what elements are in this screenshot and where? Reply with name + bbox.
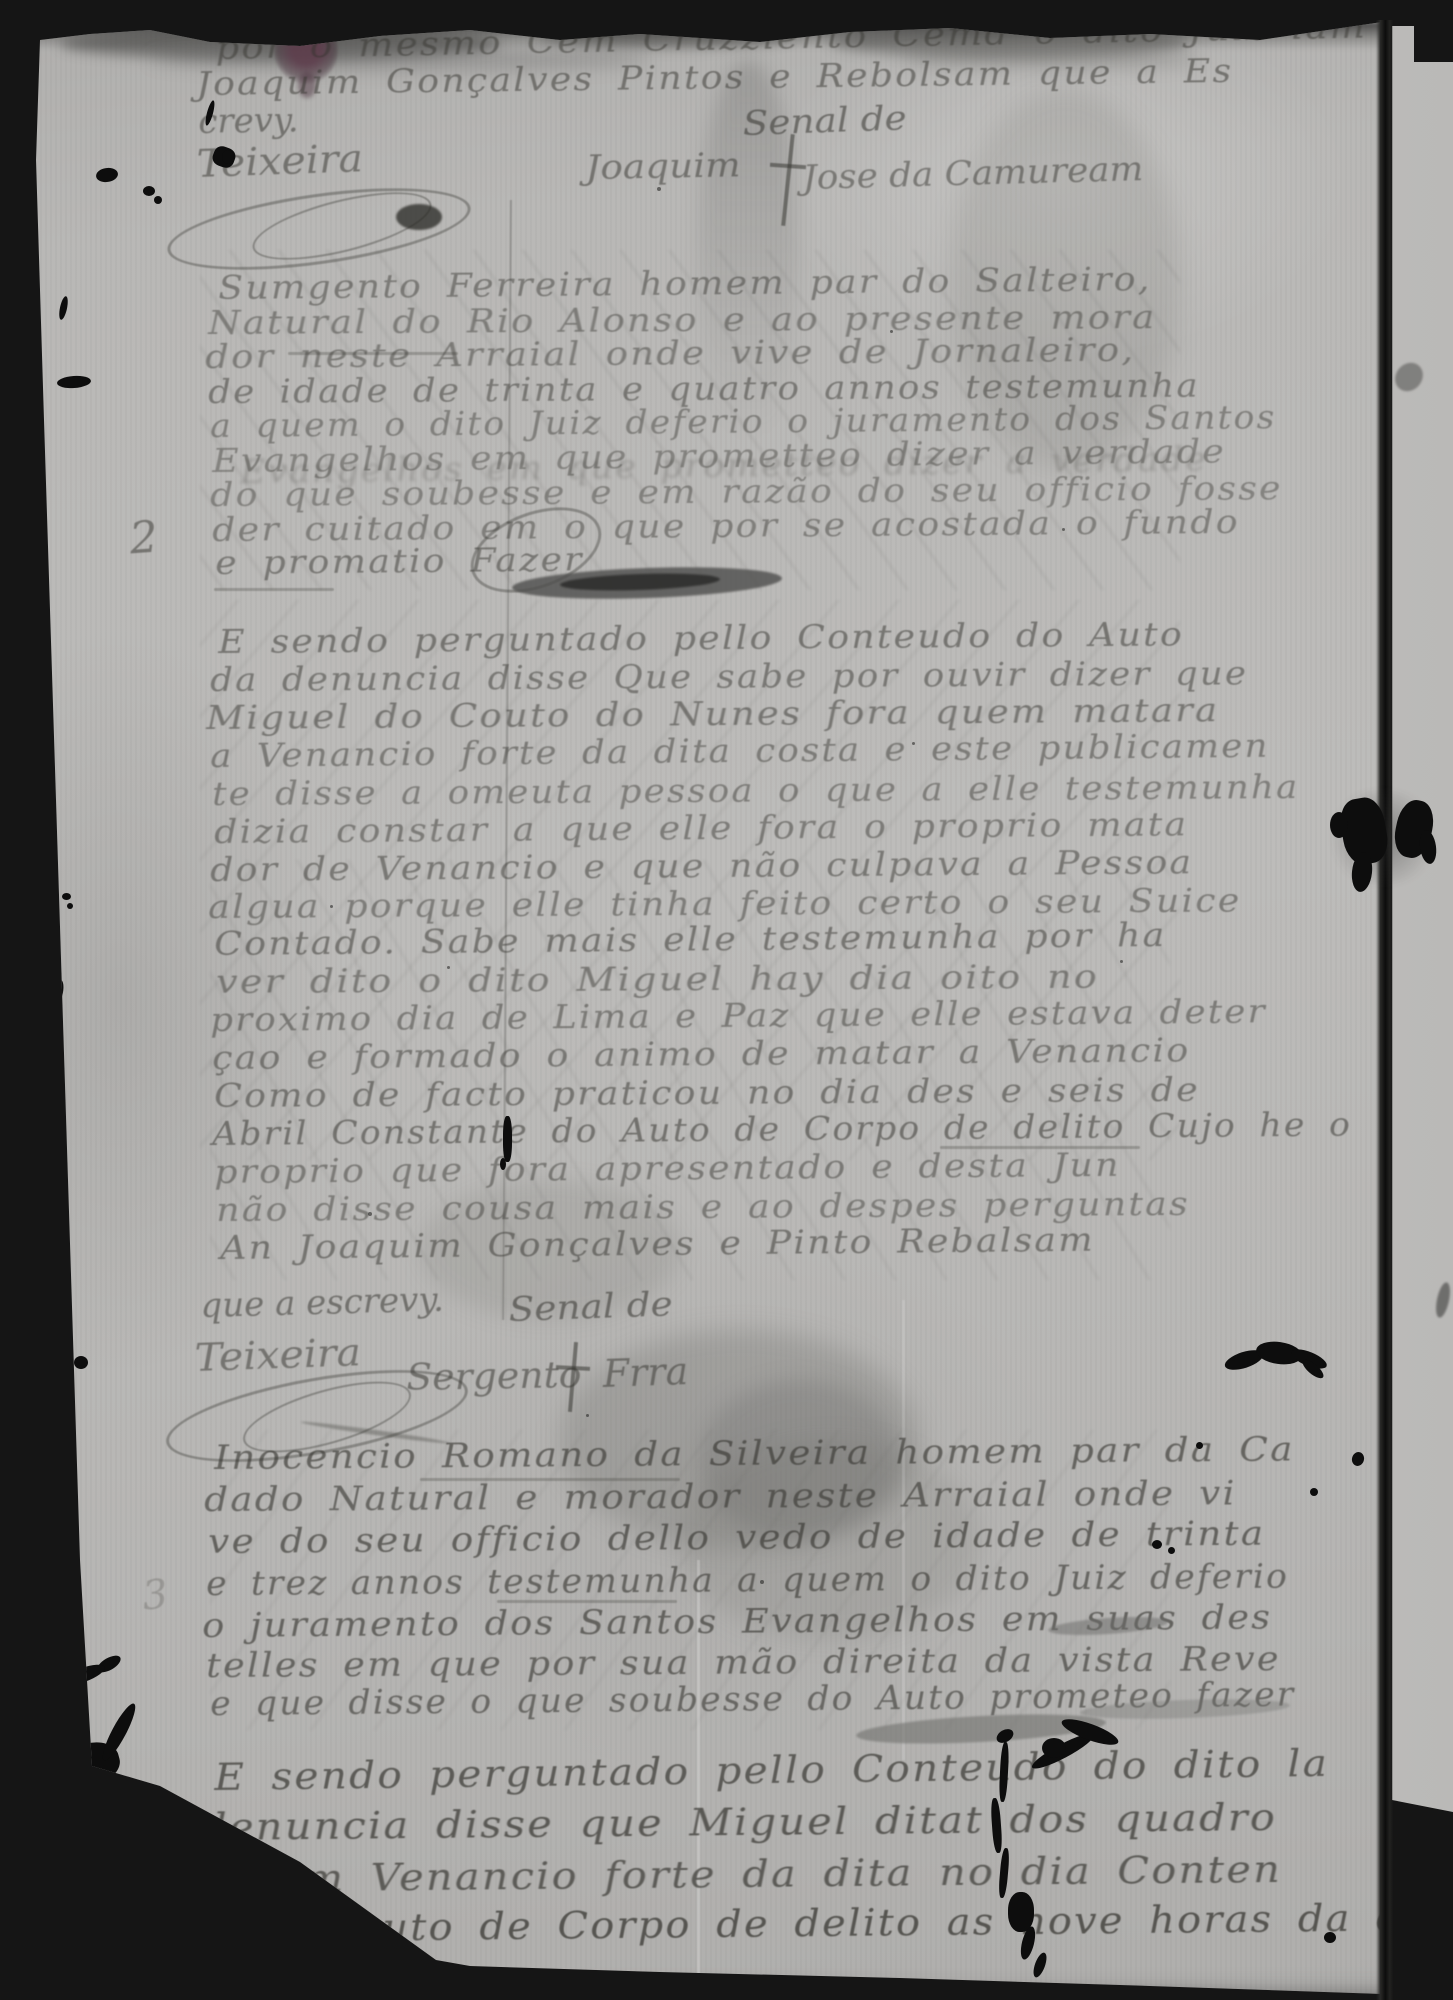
handwritten-line: que a escrevy.	[200, 1280, 444, 1326]
handwritten-line: proprio que fora apresentado e desta Jun	[214, 1145, 1121, 1191]
ink-blot	[1168, 1547, 1175, 1554]
signature-cross-mark	[556, 1342, 590, 1412]
handwritten-line: dado Natural e morador neste Arraial ond…	[204, 1473, 1237, 1520]
gutter-ink-blot	[1330, 812, 1348, 838]
handwritten-line: E sendo perguntado pello Conteudo do dit…	[214, 1742, 1329, 1799]
cross-vertical	[781, 134, 795, 226]
senal-de-label: Senal de	[508, 1284, 673, 1330]
paper-speck	[912, 742, 915, 745]
paper-speck	[447, 966, 450, 969]
handwritten-line: Inocencio Romano da Silveira homem par d…	[214, 1429, 1295, 1478]
ink-splatter	[28, 1740, 62, 1748]
paper-speck	[890, 330, 893, 333]
underline-stroke	[214, 588, 334, 591]
ink-blot	[1196, 1442, 1203, 1449]
ink-blot	[1324, 1932, 1336, 1943]
ink-blot	[53, 979, 65, 1004]
handwritten-line: te do Auto de Corpo de delito as nove ho…	[204, 1896, 1445, 1951]
manuscript-page: por o mesmo Cem Cruzziento Cemd o dito J…	[0, 0, 1453, 2000]
ink-drip	[500, 1158, 506, 1170]
paper-speck	[368, 1212, 372, 1216]
ink-blot	[1350, 1451, 1365, 1468]
handwritten-line: ro em Venancio forte da dita no dia Cont…	[202, 1848, 1282, 1901]
handwritten-line: ve do seu officio dello vedo de idade de…	[208, 1514, 1266, 1562]
ink-splatter	[69, 1787, 84, 1807]
witness-name: Joaquim	[585, 145, 741, 188]
ink-blot	[58, 296, 70, 321]
handwritten-line: denuncia disse que Miguel ditat dos quad…	[200, 1796, 1277, 1849]
ink-blot	[222, 150, 234, 164]
flourish-ink-blob	[396, 204, 442, 230]
paper-speck	[1062, 528, 1065, 531]
ink-blot	[74, 1356, 88, 1369]
signature-cross-mark	[770, 134, 806, 226]
ink-splatter	[59, 1661, 107, 1690]
ink-blot	[1152, 1540, 1162, 1549]
facing-page-smudge	[1389, 357, 1428, 397]
witness-mark-name: Frra	[602, 1349, 689, 1396]
page-number: 2	[128, 512, 159, 565]
ink-blot	[143, 186, 155, 196]
ink-blot	[57, 375, 92, 389]
ink-swoosh	[1042, 1738, 1066, 1758]
binding-gutter	[1376, 20, 1393, 2000]
ink-splatter	[40, 1687, 61, 1740]
ink-blot	[67, 903, 73, 909]
handwritten-line: An Joaquim Gonçalves e Pinto Rebalsam	[220, 1220, 1095, 1267]
signature-teixeira: Teixeira	[194, 1330, 362, 1380]
cross-horizontal	[556, 1365, 590, 1371]
ink-splatter	[38, 1737, 54, 1778]
ink-drip-trail	[1031, 1951, 1049, 1979]
handwritten-line: e trez annos testemunha a quem o dito Ju…	[206, 1557, 1289, 1604]
ink-splatter	[98, 1700, 140, 1763]
paper-speck	[760, 1580, 764, 1584]
ink-blot	[1310, 1488, 1318, 1496]
facing-page-smudge	[1433, 1281, 1452, 1319]
paper-speck	[586, 1414, 589, 1417]
ink-blot	[95, 167, 119, 184]
cross-vertical	[568, 1342, 578, 1412]
handwritten-line: Abril Constante do Auto de Corpo de deli…	[212, 1105, 1352, 1153]
paper-speck	[657, 187, 661, 191]
paper-speck	[1120, 960, 1123, 963]
manuscript-scan: por o mesmo Cem Cruzziento Cemd o dito J…	[0, 0, 1453, 2000]
ink-blot	[154, 196, 162, 204]
paper-speck	[330, 905, 333, 908]
ink-blot	[62, 893, 71, 900]
faint-page-number: 3	[140, 1571, 170, 1619]
senal-de-label: Senal de	[742, 98, 907, 144]
ink-drip	[503, 1116, 512, 1162]
